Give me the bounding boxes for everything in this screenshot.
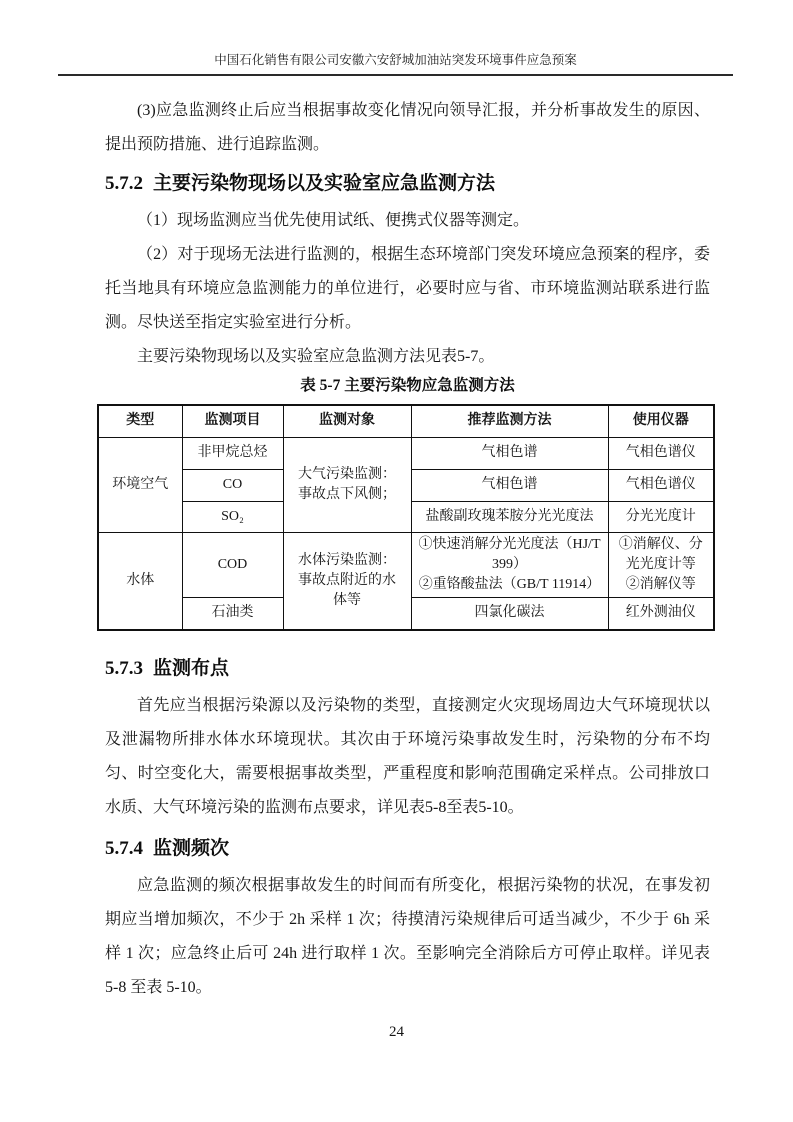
page-number: 24: [0, 1022, 793, 1042]
table-5-7-caption: 表 5-7 主要污染物应急监测方法: [105, 376, 710, 396]
section-5-7-3-para-1: 首先应当根据污染源以及污染物的类型，直接测定火灾现场周边大气环境现状以及泄漏物所…: [105, 689, 710, 825]
section-5-7-2-para-3: 主要污染物现场以及实验室应急监测方法见表5-7。: [105, 340, 710, 374]
section-5-7-3-heading: 5.7.3监测布点: [105, 657, 710, 681]
section-5-7-2-heading: 5.7.2主要污染物现场以及实验室应急监测方法: [105, 172, 710, 196]
section-5-7-4-number: 5.7.4: [105, 838, 143, 859]
cell-method-so2: 盐酸副玫瑰苯胺分光光度法: [411, 501, 608, 532]
col-header-method: 推荐监测方法: [411, 405, 608, 437]
col-header-type: 类型: [98, 405, 182, 437]
section-5-7-2-title: 主要污染物现场以及实验室应急监测方法: [153, 173, 495, 194]
table-row-cod: 水体 COD 水体污染监测：事故点附近的水体等 ①快速消解分光光度法（HJ/T …: [98, 532, 714, 597]
cod-instrument-1: ①消解仪、分光光度计等: [613, 535, 710, 575]
header-title: 中国石化销售有限公司安徽六安舒城加油站突发环境事件应急预案: [214, 53, 577, 67]
cell-type-air: 环境空气: [98, 437, 182, 532]
intro-paragraph-3: (3)应急监测终止后应当根据事故变化情况向领导汇报，并分析事故发生的原因、提出预…: [105, 94, 710, 162]
cell-item-co: CO: [182, 469, 283, 501]
pollutant-monitoring-methods-table: 类型 监测项目 监测对象 推荐监测方法 使用仪器 环境空气 非甲烷总烃 大气污染…: [97, 404, 715, 631]
col-header-object: 监测对象: [283, 405, 411, 437]
cell-instrument-cod: ①消解仪、分光光度计等 ②消解仪等: [608, 532, 714, 597]
cod-method-1: ①快速消解分光光度法（HJ/T 399）: [418, 535, 602, 575]
cell-object-air: 大气污染监测：事故点下风侧；: [283, 437, 411, 532]
document-page: 中国石化销售有限公司安徽六安舒城加油站突发环境事件应急预案 (3)应急监测终止后…: [0, 0, 793, 1122]
cell-item-petroleum: 石油类: [182, 597, 283, 630]
cell-method-co: 气相色谱: [411, 469, 608, 501]
page-header: 中国石化销售有限公司安徽六安舒城加油站突发环境事件应急预案: [58, 52, 733, 76]
col-header-item: 监测项目: [182, 405, 283, 437]
cell-method-cod: ①快速消解分光光度法（HJ/T 399） ②重铬酸盐法（GB/T 11914）: [411, 532, 608, 597]
cell-instrument-petroleum: 红外测油仪: [608, 597, 714, 630]
section-5-7-4-heading: 5.7.4监测频次: [105, 837, 710, 861]
cell-object-water: 水体污染监测：事故点附近的水体等: [283, 532, 411, 630]
section-5-7-4-para-1: 应急监测的频次根据事故发生的时间而有所变化，根据污染物的状况，在事发初期应当增加…: [105, 869, 710, 1005]
section-5-7-2-para-2: （2）对于现场无法进行监测的，根据生态环境部门突发环境应急预案的程序，委托当地具…: [105, 238, 710, 340]
cod-method-2: ②重铬酸盐法（GB/T 11914）: [418, 575, 602, 595]
section-5-7-3-number: 5.7.3: [105, 658, 143, 679]
section-5-7-4-title: 监测频次: [153, 838, 229, 859]
table-header-row: 类型 监测项目 监测对象 推荐监测方法 使用仪器: [98, 405, 714, 437]
section-5-7-3-title: 监测布点: [153, 658, 229, 679]
cell-method-petroleum: 四氯化碳法: [411, 597, 608, 630]
table-row-nmhc: 环境空气 非甲烷总烃 大气污染监测：事故点下风侧； 气相色谱 气相色谱仪: [98, 437, 714, 469]
page-content: (3)应急监测终止后应当根据事故变化情况向领导汇报，并分析事故发生的原因、提出预…: [105, 94, 710, 1005]
cell-instrument-so2: 分光光度计: [608, 501, 714, 532]
section-5-7-2-number: 5.7.2: [105, 173, 143, 194]
cell-instrument-nmhc: 气相色谱仪: [608, 437, 714, 469]
col-header-instrument: 使用仪器: [608, 405, 714, 437]
cell-item-cod: COD: [182, 532, 283, 597]
cell-item-so2: SO₂: [182, 501, 283, 532]
cod-instrument-2: ②消解仪等: [613, 575, 710, 595]
cell-instrument-co: 气相色谱仪: [608, 469, 714, 501]
cell-type-water: 水体: [98, 532, 182, 630]
cell-method-nmhc: 气相色谱: [411, 437, 608, 469]
cell-item-nmhc: 非甲烷总烃: [182, 437, 283, 469]
section-5-7-2-para-1: （1）现场监测应当优先使用试纸、便携式仪器等测定。: [105, 204, 710, 238]
